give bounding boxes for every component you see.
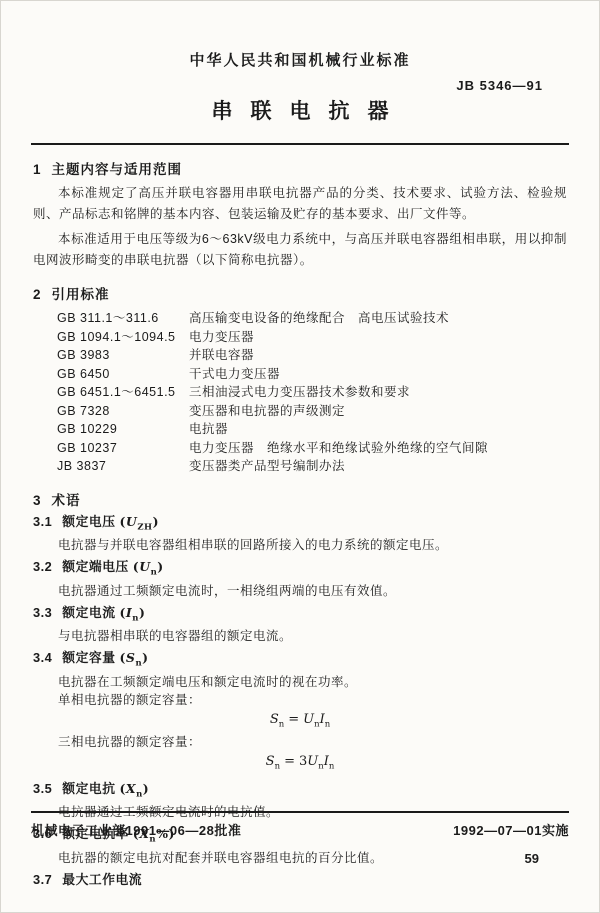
- document-page: 中华人民共和国机械行业标准 JB 5346—91 串联电抗器 1主题内容与适用范…: [0, 0, 600, 913]
- term-label: 额定电压: [62, 514, 115, 529]
- section-number: 1: [33, 162, 42, 177]
- standard-number: JB 5346—91: [1, 78, 599, 93]
- term-label: 额定容量: [62, 650, 115, 665]
- term-label: 最大工作电流: [62, 872, 142, 887]
- standard-org-title: 中华人民共和国机械行业标准: [1, 49, 599, 70]
- standard-title: 三相油浸式电力变压器技术参数和要求: [189, 383, 567, 402]
- document-body: 1主题内容与适用范围 本标准规定了高压并联电容器用串联电抗器产品的分类、技术要求…: [1, 158, 599, 888]
- term-heading: 3.3额定电流(In): [33, 604, 567, 628]
- formula-rated-capacity-three-phase: Sn=3UnIn: [33, 753, 567, 776]
- reference-item: JB 3837 变压器类产品型号编制办法: [57, 457, 567, 476]
- reference-item: GB 10237 电力变压器 绝缘水平和绝缘试验外绝缘的空气间隙: [57, 439, 567, 458]
- footer-row: 机械电子工业部1991—06—28批准 1992—07—01实施: [31, 820, 569, 839]
- section-2-heading: 2引用标准: [33, 283, 567, 303]
- document-header: 中华人民共和国机械行业标准 JB 5346—91 串联电抗器: [1, 1, 599, 125]
- term-definition: 电抗器在工频额定端电压和额定电流时的视在功率。: [33, 674, 567, 691]
- document-title: 串联电抗器: [1, 95, 599, 125]
- reference-item: GB 6450 干式电力变压器: [57, 365, 567, 384]
- reference-item: GB 7328 变压器和电抗器的声级测定: [57, 402, 567, 421]
- section-number: 3: [33, 493, 42, 508]
- term-symbol: (In): [119, 605, 145, 620]
- term-number: 3.1: [33, 514, 52, 529]
- term-definition: 电抗器与并联电容器组相串联的回路所接入的电力系统的额定电压。: [33, 537, 567, 554]
- term-heading: 3.1额定电压(UZH): [33, 513, 567, 537]
- term-heading: 3.4额定容量(Sn): [33, 649, 567, 673]
- term-label: 额定电抗: [62, 781, 115, 796]
- header-divider: [31, 143, 569, 145]
- standard-title: 变压器和电抗器的声级测定: [189, 402, 567, 421]
- standard-code: GB 3983: [57, 346, 189, 365]
- standard-code: GB 10237: [57, 439, 189, 458]
- reference-item: GB 311.1～311.6 高压输变电设备的绝缘配合 高电压试验技术: [57, 309, 567, 328]
- term-number: 3.3: [33, 605, 52, 620]
- standard-title: 并联电容器: [189, 346, 567, 365]
- reference-item: GB 1094.1～1094.5 电力变压器: [57, 328, 567, 347]
- term-symbol: (Sn): [119, 650, 148, 665]
- standard-code: GB 1094.1～1094.5: [57, 328, 189, 347]
- section-title: 引用标准: [52, 287, 110, 302]
- term-number: 3.5: [33, 781, 52, 796]
- term-definition: 电抗器通过工频额定电流时，一相绕组两端的电压有效值。: [33, 583, 567, 600]
- references-list: GB 311.1～311.6 高压输变电设备的绝缘配合 高电压试验技术 GB 1…: [57, 309, 567, 476]
- section-number: 2: [33, 287, 42, 302]
- term-heading: 3.7最大工作电流: [33, 871, 567, 888]
- standard-title: 电力变压器 绝缘水平和绝缘试验外绝缘的空气间隙: [189, 439, 567, 458]
- formula-rated-capacity-single: Sn=UnIn: [33, 711, 567, 734]
- term-heading: 3.5额定电抗(Xn): [33, 780, 567, 804]
- footer-divider: [31, 811, 569, 813]
- standard-title: 高压输变电设备的绝缘配合 高电压试验技术: [189, 309, 567, 328]
- scope-paragraph: 本标准适用于电压等级为6～63kV级电力系统中，与高压并联电容器组相串联，用以抑…: [33, 229, 567, 270]
- term-number: 3.7: [33, 872, 52, 887]
- standard-code: GB 6450: [57, 365, 189, 384]
- standard-code: JB 3837: [57, 457, 189, 476]
- approval-text: 机械电子工业部1991—06—28批准: [31, 820, 241, 839]
- standard-code: GB 10229: [57, 420, 189, 439]
- section-title: 主题内容与适用范围: [52, 162, 183, 177]
- term-symbol: (Xn): [119, 781, 149, 796]
- section-title: 术语: [52, 493, 81, 508]
- standard-title: 变压器类产品型号编制办法: [189, 457, 567, 476]
- standard-code: GB 6451.1～6451.5: [57, 383, 189, 402]
- page-number: 59: [31, 851, 569, 866]
- standard-code: GB 7328: [57, 402, 189, 421]
- standard-code: GB 311.1～311.6: [57, 309, 189, 328]
- term-definition: 与电抗器相串联的电容器组的额定电流。: [33, 628, 567, 645]
- term-number: 3.2: [33, 559, 52, 574]
- section-1-heading: 1主题内容与适用范围: [33, 158, 567, 178]
- standard-title: 电力变压器: [189, 328, 567, 347]
- formula-label: 三相电抗器的额定容量：: [33, 734, 567, 751]
- reference-item: GB 6451.1～6451.5 三相油浸式电力变压器技术参数和要求: [57, 383, 567, 402]
- term-number: 3.4: [33, 650, 52, 665]
- standard-title: 电抗器: [189, 420, 567, 439]
- term-label: 额定端电压: [62, 559, 128, 574]
- term-symbol: (UZH): [119, 514, 159, 529]
- reference-item: GB 3983 并联电容器: [57, 346, 567, 365]
- scope-paragraph: 本标准规定了高压并联电容器用串联电抗器产品的分类、技术要求、试验方法、检验规则、…: [33, 183, 567, 224]
- reference-item: GB 10229 电抗器: [57, 420, 567, 439]
- section-3-heading: 3术语: [33, 489, 567, 509]
- term-heading: 3.2额定端电压(Un): [33, 558, 567, 582]
- formula-label: 单相电抗器的额定容量：: [33, 692, 567, 709]
- term-label: 额定电流: [62, 605, 115, 620]
- document-footer: 机械电子工业部1991—06—28批准 1992—07—01实施 59: [31, 811, 569, 866]
- standard-title: 干式电力变压器: [189, 365, 567, 384]
- implementation-text: 1992—07—01实施: [453, 820, 569, 839]
- term-symbol: (Un): [133, 559, 164, 574]
